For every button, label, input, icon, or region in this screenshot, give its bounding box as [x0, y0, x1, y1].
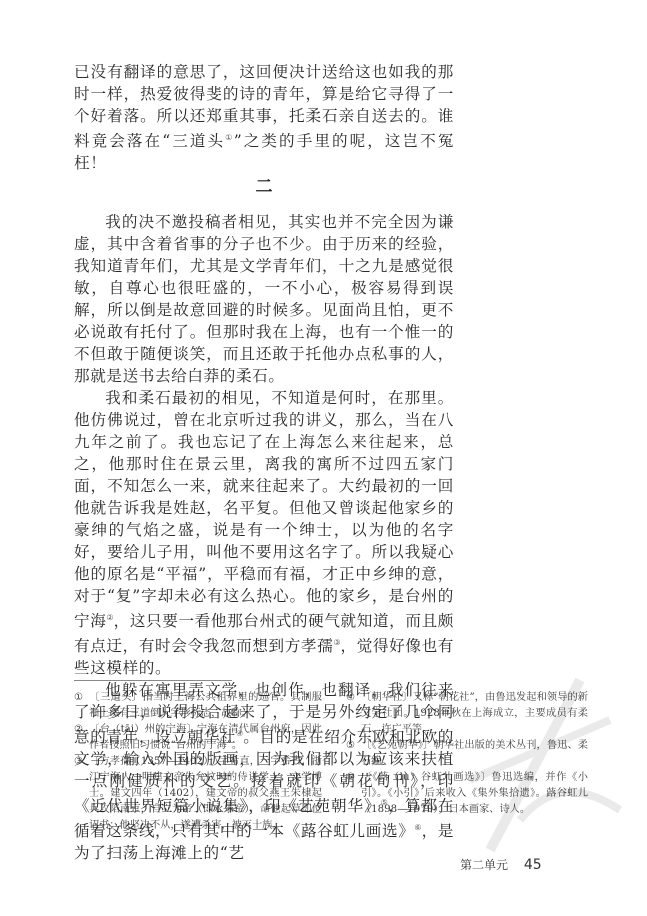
footnote-text: 〔三道头〕指当时上海公共租界里的巡官。其制服袖上缀有三道倒人字形标志，故称。 — [89, 692, 322, 719]
unit-label: 第二单元 — [460, 858, 508, 872]
section-number: 二 — [74, 172, 454, 197]
footnote-5: ⑤〔《艺苑朝华》〕朝华社出版的美术丛刊，鲁迅、柔石编。 — [346, 738, 588, 770]
footnote-text: 〔《艺苑朝华》〕朝华社出版的美术丛刊，鲁迅、柔石编。 — [361, 740, 588, 767]
footnote-number: ⑥ — [346, 770, 361, 786]
paragraph-2-text-a: 我和柔石最初的相见，不知道是何时，在那里。他仿佛说过，曾在北京听过我的讲义，那么… — [74, 389, 454, 630]
footnote-1: ①〔三道头〕指当时上海公共租界里的巡官。其制服袖上缀有三道倒人字形标志，故称。 — [74, 690, 322, 722]
footnote-6: ⑥〔《蕗（lù）谷虹儿画选》〕鲁迅选编，并作《小引》。《小引》后来收入《集外集拾… — [346, 770, 588, 818]
footnotes-right-column: ④〔朝华社〕又称“朝花社”，由鲁迅发起和领导的新文学社团。1928年秋在上海成立… — [346, 690, 588, 818]
footnote-text: 〔朝华社〕又称“朝花社”，由鲁迅发起和领导的新文学社团。1928年秋在上海成立，… — [361, 692, 588, 735]
footnote-text: 〔台（tāi）州的宁海〕宁海在清代属台州府，因此作者按照旧习惯说“台州的宁海”。 — [89, 724, 322, 751]
page-footer: 第二单元 45 — [460, 856, 542, 873]
continuation-paragraph: 已没有翻译的意思了，这回便决计送给这也如我的那时一样，热爱彼得斐的诗的青年，算是… — [74, 61, 454, 174]
footnote-3: ③〔方孝孺（1357—1402）〕字希直，一字希古，浙江宁海人，明建文帝朱允炆时… — [74, 754, 322, 834]
footnote-ref-2[interactable]: ② — [106, 613, 113, 622]
footnote-number: ③ — [74, 754, 89, 770]
footnote-number: ① — [74, 690, 89, 706]
textbook-page: 已没有翻译的意思了，这回便决计送给这也如我的那时一样，热爱彼得斐的诗的青年，算是… — [0, 0, 647, 916]
footnote-number: ② — [74, 722, 89, 738]
paragraph-2: 我和柔石最初的相见，不知道是何时，在那里。他仿佛说过，曾在北京听过我的讲义，那么… — [74, 387, 454, 679]
footnote-text: 〔方孝孺（1357—1402）〕字希直，一字希古，浙江宁海人，明建文帝朱允炆时的… — [89, 756, 322, 831]
footnote-ref-6[interactable]: ⑥ — [414, 823, 421, 832]
footnote-divider — [74, 680, 232, 681]
footnotes-left-column: ①〔三道头〕指当时上海公共租界里的巡官。其制服袖上缀有三道倒人字形标志，故称。 … — [74, 690, 322, 834]
footnote-text: 〔《蕗（lù）谷虹儿画选》〕鲁迅选编，并作《小引》。《小引》后来收入《集外集拾遗… — [361, 772, 588, 815]
paragraph-1: 我的决不邀投稿者相见，其实也并不完全因为谦虚，其中含着省事的分子也不少。由于历来… — [74, 211, 454, 387]
page-number: 45 — [524, 857, 542, 873]
footnote-number: ⑤ — [346, 738, 361, 754]
footnote-4: ④〔朝华社〕又称“朝花社”，由鲁迅发起和领导的新文学社团。1928年秋在上海成立… — [346, 690, 588, 738]
footnote-2: ②〔台（tāi）州的宁海〕宁海在清代属台州府，因此作者按照旧习惯说“台州的宁海”… — [74, 722, 322, 754]
footnote-ref-3[interactable]: ③ — [333, 638, 340, 647]
footnote-number: ④ — [346, 690, 361, 706]
footnote-ref-1[interactable]: ① — [225, 133, 234, 142]
